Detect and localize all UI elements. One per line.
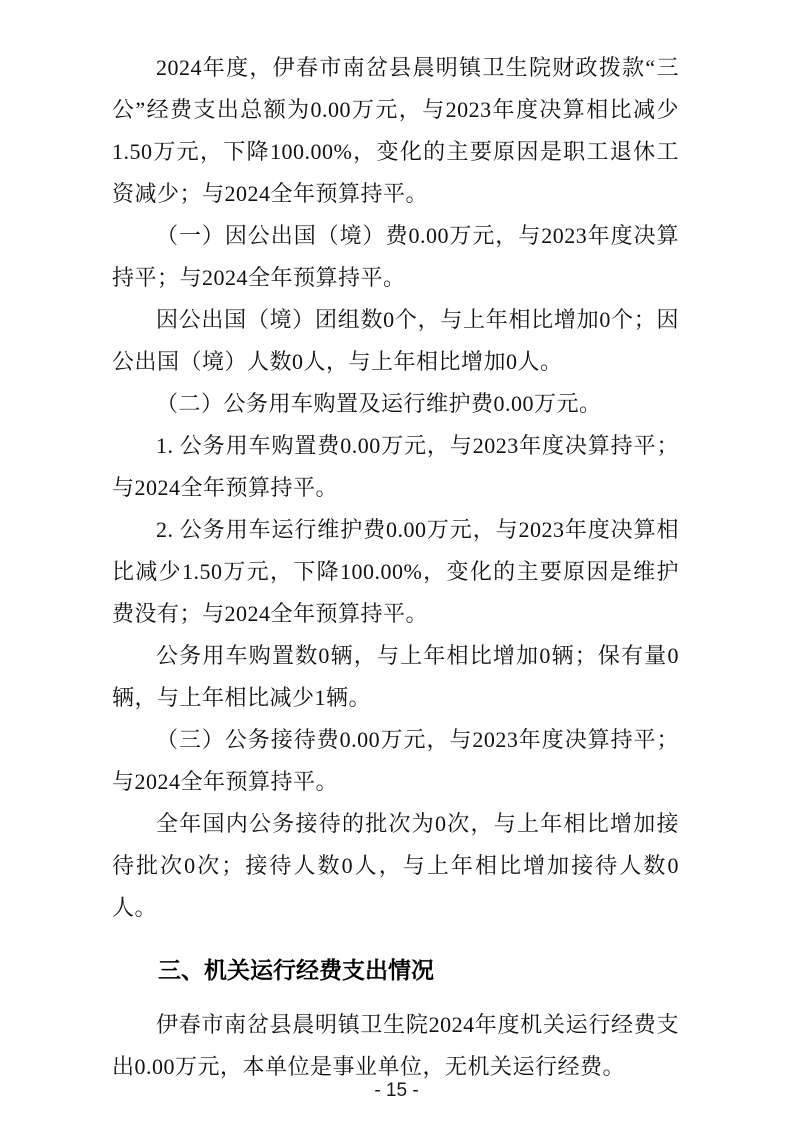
document-page: 2024年度，伊春市南岔县晨明镇卫生院财政拨款“三公”经费支出总额为0.00万元… [0, 0, 793, 1122]
paragraph-vehicle-purchase-fee: 1. 公务用车购置费0.00万元，与2023年度决算持平；与2024全年预算持平… [112, 425, 679, 509]
paragraph-vehicle-maintenance-fee: 2. 公务用车运行维护费0.00万元，与2023年度决算相比减少1.50万元，下… [112, 509, 679, 635]
paragraph-three-public-summary: 2024年度，伊春市南岔县晨明镇卫生院财政拨款“三公”经费支出总额为0.00万元… [112, 47, 679, 215]
document-body: 2024年度，伊春市南岔县晨明镇卫生院财政拨款“三公”经费支出总额为0.00万元… [112, 47, 679, 1088]
page-number: - 15 - [374, 1080, 418, 1101]
paragraph-vehicle-counts: 公务用车购置数0辆，与上年相比增加0辆；保有量0辆，与上年相比减少1辆。 [112, 635, 679, 719]
paragraph-operating-expenses: 伊春市南岔县晨明镇卫生院2024年度机关运行经费支出0.00万元，本单位是事业单… [112, 1004, 679, 1088]
paragraph-vehicle-total-fee: （二）公务用车购置及运行维护费0.00万元。 [112, 383, 679, 425]
section-heading-operating-expenses: 三、机关运行经费支出情况 [112, 949, 679, 991]
page-footer: - 15 - [0, 1080, 793, 1102]
paragraph-abroad-groups: 因公出国（境）团组数0个，与上年相比增加0个；因公出国（境）人数0人，与上年相比… [112, 299, 679, 383]
paragraph-abroad-fee: （一）因公出国（境）费0.00万元，与2023年度决算持平；与2024全年预算持… [112, 215, 679, 299]
paragraph-reception-fee: （三）公务接待费0.00万元，与2023年度决算持平；与2024全年预算持平。 [112, 719, 679, 803]
paragraph-reception-counts: 全年国内公务接待的批次为0次，与上年相比增加接待批次0次；接待人数0人，与上年相… [112, 803, 679, 929]
